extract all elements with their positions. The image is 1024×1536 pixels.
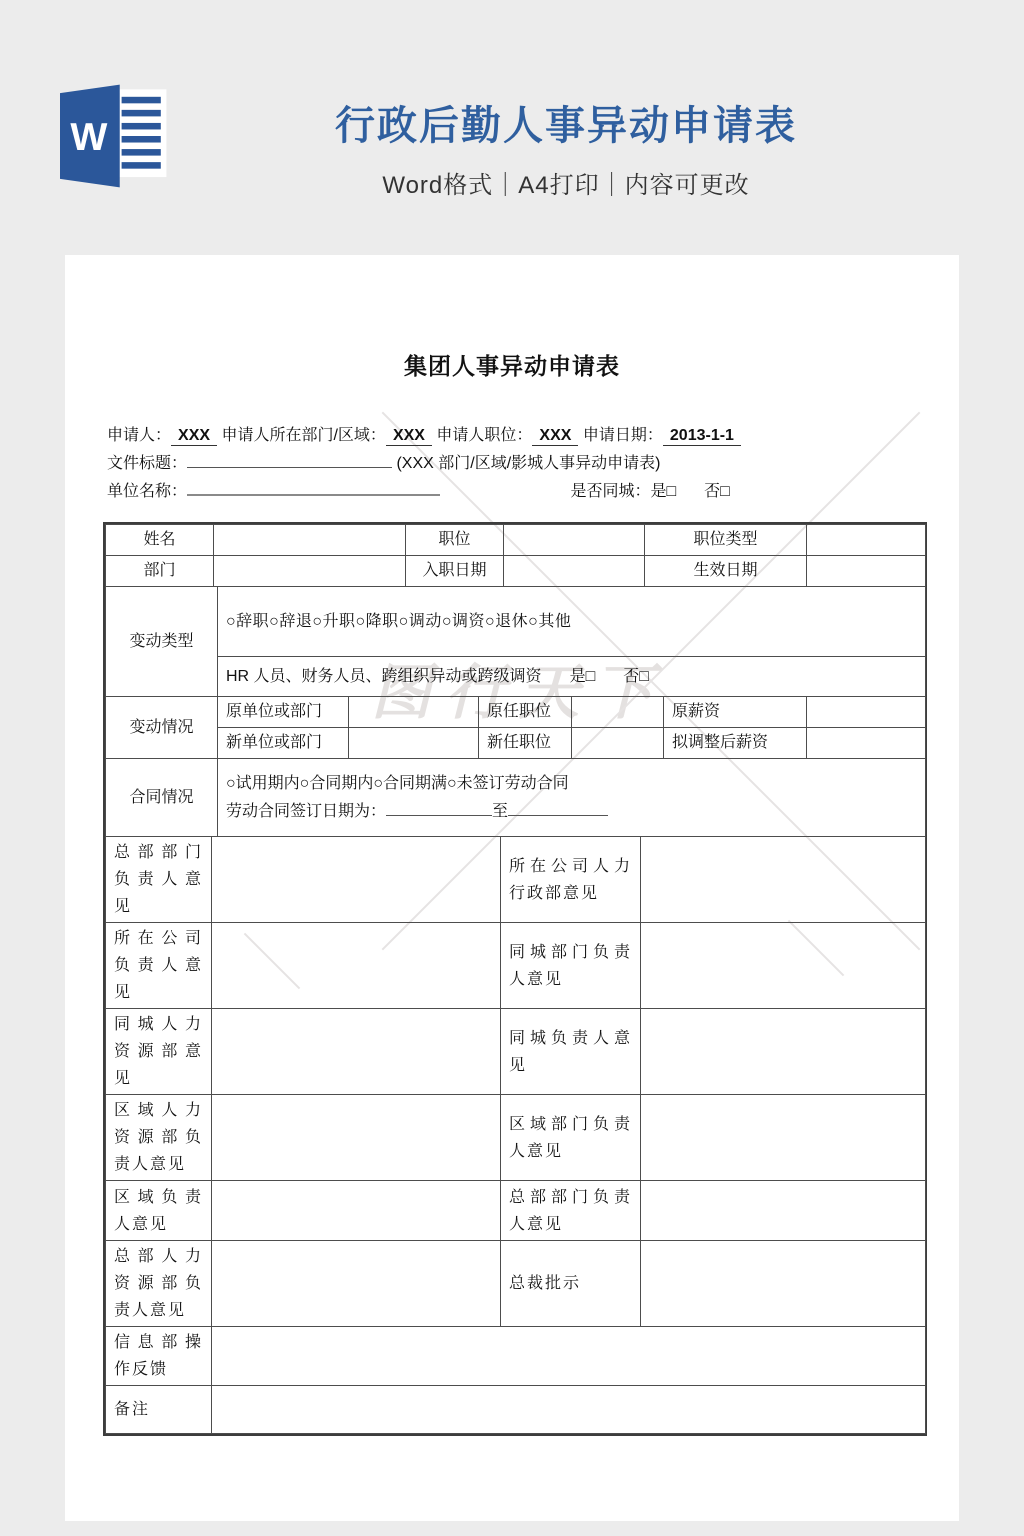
same-city-yes-checkbox: 是□	[650, 483, 676, 500]
personnel-change-table: 姓名 职位 职位类型 部门 入职日期 生效日期 变动类型 ○辞职○辞退○升职○	[103, 522, 927, 1436]
table-row: HR 人员、财务人员、跨组织异动或跨级调资是□否□	[106, 657, 926, 697]
new-salary-value-cell	[807, 728, 926, 759]
opinions-section: 总部部门负责人意见 所在公司人力行政部意见 所在公司负责人意见 同城部门负责人意…	[105, 836, 926, 1327]
contract-date-label: 劳动合同签订日期为：	[226, 803, 386, 820]
it-feedback-value-cell	[212, 1327, 926, 1386]
site-header: W 行政后勤人事异动申请表 Word格式｜A4打印｜内容可更改	[0, 0, 1024, 255]
opinion-right-value-cell	[641, 837, 926, 923]
table-row: 总部人力资源部负责人意见 总裁批示	[106, 1241, 926, 1327]
old-unit-value-cell	[349, 697, 479, 728]
table-row: 同城人力资源部意见 同城负责人意见	[106, 1009, 926, 1095]
opinion-right-value-cell	[641, 1181, 926, 1241]
table-row: 信息部操作反馈	[106, 1327, 926, 1386]
opinion-right-label: 总部部门负责人意见	[501, 1181, 641, 1241]
table-row: 变动情况 原单位或部门 原任职位 原薪资	[106, 697, 926, 728]
hr-line-text: HR 人员、财务人员、跨组织异动或跨级调资	[226, 668, 542, 685]
opinion-left-value-cell	[212, 1009, 501, 1095]
new-unit-label: 新单位或部门	[218, 728, 349, 759]
hire-date-label: 入职日期	[406, 556, 504, 587]
table-row: 新单位或部门 新任职位 拟调整后薪资	[106, 728, 926, 759]
table-row: 所在公司负责人意见 同城部门负责人意见	[106, 923, 926, 1009]
form-info-block: 申请人：XXX 申请人所在部门/区域：XXX 申请人职位：XXX 申请日期：20…	[107, 422, 927, 506]
page-title: 行政后勤人事异动申请表	[108, 94, 1024, 151]
doc-title-suffix: (XXX 部门/区域/影城人事异动申请表)	[396, 455, 660, 472]
change-detail-section: 变动情况 原单位或部门 原任职位 原薪资 新单位或部门 新任职位 拟调整后薪资	[105, 696, 926, 759]
opinion-right-label: 同城部门负责人意见	[501, 923, 641, 1009]
name-value-cell	[214, 525, 406, 556]
opinion-right-value-cell	[641, 1009, 926, 1095]
contract-date-to-label: 至	[492, 803, 508, 820]
hr-no-checkbox: 否□	[623, 668, 649, 685]
position-type-value-cell	[807, 525, 926, 556]
new-salary-label: 拟调整后薪资	[664, 728, 807, 759]
table-row: 备注	[106, 1386, 926, 1434]
same-city-no-checkbox: 否□	[704, 483, 730, 500]
doc-title-label: 文件标题：	[107, 455, 187, 472]
contract-options: ○试用期内○合同期内○合同期满○未签订劳动合同	[226, 770, 917, 798]
opinion-right-label: 同城负责人意见	[501, 1009, 641, 1095]
old-unit-label: 原单位或部门	[218, 697, 349, 728]
change-type-section: 变动类型 ○辞职○辞退○升职○降职○调动○调资○退休○其他 HR 人员、财务人员…	[105, 586, 926, 697]
applicant-dept-label: 申请人所在部门/区域：	[221, 427, 385, 444]
contract-date-from-blank	[386, 802, 492, 816]
old-salary-value-cell	[807, 697, 926, 728]
opinion-right-value-cell	[641, 1095, 926, 1181]
contract-date-line: 劳动合同签订日期为：至	[226, 798, 917, 826]
opinion-right-value-cell	[641, 923, 926, 1009]
name-label: 姓名	[106, 525, 214, 556]
change-detail-label: 变动情况	[106, 697, 218, 759]
remark-label: 备注	[106, 1386, 212, 1434]
remark-value-cell	[212, 1386, 926, 1434]
opinion-left-label: 区域负责人意见	[106, 1181, 212, 1241]
old-position-label: 原任职位	[479, 697, 572, 728]
opinion-left-value-cell	[212, 1095, 501, 1181]
basic-info-section: 姓名 职位 职位类型 部门 入职日期 生效日期	[105, 524, 926, 587]
opinion-right-value-cell	[641, 1241, 926, 1327]
opinion-left-value-cell	[212, 1241, 501, 1327]
hr-yes-checkbox: 是□	[570, 668, 596, 685]
department-label: 部门	[106, 556, 214, 587]
page-subtitle: Word格式｜A4打印｜内容可更改	[108, 165, 1024, 200]
applicant-position-value: XXX	[532, 427, 578, 446]
opinion-left-label: 同城人力资源部意见	[106, 1009, 212, 1095]
contract-section: 合同情况 ○试用期内○合同期内○合同期满○未签订劳动合同 劳动合同签订日期为：至	[105, 758, 926, 837]
department-value-cell	[214, 556, 406, 587]
same-city-label: 是否同城：	[570, 483, 650, 500]
contract-date-to-blank	[508, 802, 608, 816]
table-row: 变动类型 ○辞职○辞退○升职○降职○调动○调资○退休○其他	[106, 587, 926, 657]
new-unit-value-cell	[349, 728, 479, 759]
change-type-label: 变动类型	[106, 587, 218, 697]
table-row: 区域人力资源部负责人意见 区域部门负责人意见	[106, 1095, 926, 1181]
change-type-options: ○辞职○辞退○升职○降职○调动○调资○退休○其他	[218, 587, 926, 657]
header-text: 行政后勤人事异动申请表 Word格式｜A4打印｜内容可更改	[0, 0, 1024, 200]
opinion-right-label: 所在公司人力行政部意见	[501, 837, 641, 923]
opinion-left-label: 总部部门负责人意见	[106, 837, 212, 923]
position-value-cell	[504, 525, 645, 556]
opinion-left-label: 区域人力资源部负责人意见	[106, 1095, 212, 1181]
effective-date-label: 生效日期	[645, 556, 807, 587]
info-line-doc-title: 文件标题： (XXX 部门/区域/影城人事异动申请表)	[107, 450, 927, 478]
table-row: 部门 入职日期 生效日期	[106, 556, 926, 587]
apply-date-label: 申请日期：	[583, 427, 663, 444]
applicant-value: XXX	[171, 427, 217, 446]
info-line-applicant: 申请人：XXX 申请人所在部门/区域：XXX 申请人职位：XXX 申请日期：20…	[107, 422, 927, 450]
opinion-right-label: 总裁批示	[501, 1241, 641, 1327]
footer-section: 信息部操作反馈 备注	[105, 1326, 926, 1434]
table-row: 总部部门负责人意见 所在公司人力行政部意见	[106, 837, 926, 923]
unit-name-blank-field	[187, 482, 440, 496]
table-row: 合同情况 ○试用期内○合同期内○合同期满○未签订劳动合同 劳动合同签订日期为：至	[106, 759, 926, 837]
applicant-position-label: 申请人职位：	[436, 427, 532, 444]
info-line-unit: 单位名称： 是否同城：是□否□	[107, 478, 927, 506]
applicant-dept-value: XXX	[386, 427, 432, 446]
contract-detail-cell: ○试用期内○合同期内○合同期满○未签订劳动合同 劳动合同签订日期为：至	[218, 759, 926, 837]
hire-date-value-cell	[504, 556, 645, 587]
applicant-label: 申请人：	[107, 427, 171, 444]
opinion-left-value-cell	[212, 837, 501, 923]
position-label: 职位	[406, 525, 504, 556]
new-position-label: 新任职位	[479, 728, 572, 759]
document-page: 图行天下 集团人事异动申请表 申请人：XXX 申请人所在部门/区域：XXX 申请…	[65, 255, 959, 1521]
position-type-label: 职位类型	[645, 525, 807, 556]
change-type-hr-cell: HR 人员、财务人员、跨组织异动或跨级调资是□否□	[218, 657, 926, 697]
opinion-right-label: 区域部门负责人意见	[501, 1095, 641, 1181]
old-position-value-cell	[572, 697, 664, 728]
it-feedback-label: 信息部操作反馈	[106, 1327, 212, 1386]
effective-date-value-cell	[807, 556, 926, 587]
unit-name-label: 单位名称：	[107, 483, 187, 500]
opinion-left-value-cell	[212, 1181, 501, 1241]
form-title: 集团人事异动申请表	[65, 255, 959, 381]
old-salary-label: 原薪资	[664, 697, 807, 728]
opinion-left-value-cell	[212, 923, 501, 1009]
table-row: 姓名 职位 职位类型	[106, 525, 926, 556]
contract-label: 合同情况	[106, 759, 218, 837]
table-row: 区域负责人意见 总部部门负责人意见	[106, 1181, 926, 1241]
new-position-value-cell	[572, 728, 664, 759]
apply-date-value: 2013-1-1	[663, 427, 741, 446]
opinion-left-label: 总部人力资源部负责人意见	[106, 1241, 212, 1327]
opinion-left-label: 所在公司负责人意见	[106, 923, 212, 1009]
doc-title-blank-field	[187, 454, 392, 468]
